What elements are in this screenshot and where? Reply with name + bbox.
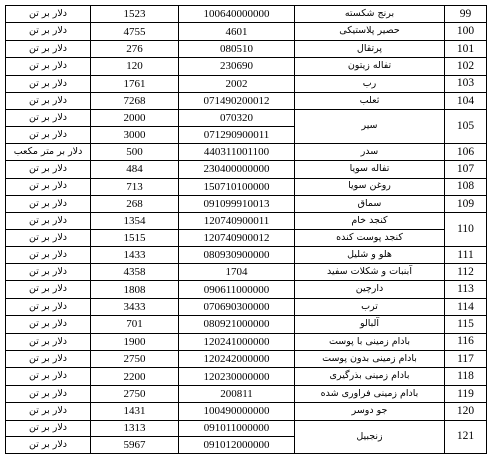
unit-cell: دلار بر تن bbox=[6, 110, 91, 127]
row-number-cell: 108 bbox=[445, 178, 487, 195]
value-cell: 2000 bbox=[91, 110, 179, 127]
row-number-cell: 118 bbox=[445, 368, 487, 385]
value-cell: 1515 bbox=[91, 229, 179, 246]
item-name-cell: جو دوسر bbox=[295, 403, 445, 420]
item-name-cell: ترب bbox=[295, 298, 445, 315]
row-number-cell: 102 bbox=[445, 58, 487, 75]
hs-code-cell: 440311001100 bbox=[179, 143, 295, 160]
table-row: 115آلبالو080921000000701دلار بر تن bbox=[6, 316, 487, 333]
page-content: 99برنج شکسته1006400000001523دلار بر تن10… bbox=[0, 0, 490, 454]
table-row: 110کنجد خام1207409000111354دلار بر تن bbox=[6, 213, 487, 230]
row-number-cell: 120 bbox=[445, 403, 487, 420]
value-cell: 500 bbox=[91, 143, 179, 160]
row-number-cell: 109 bbox=[445, 195, 487, 212]
unit-cell: دلار بر تن bbox=[6, 246, 91, 263]
unit-cell: دلار بر متر مکعب bbox=[6, 143, 91, 160]
hs-code-cell: 080921000000 bbox=[179, 316, 295, 333]
unit-cell: دلار بر تن bbox=[6, 351, 91, 368]
hs-code-cell: 091099910013 bbox=[179, 195, 295, 212]
hs-code-cell: 120241000000 bbox=[179, 333, 295, 350]
hs-code-cell: 120242000000 bbox=[179, 351, 295, 368]
item-name-cell: تفاله زیتون bbox=[295, 58, 445, 75]
hs-code-cell: 080510 bbox=[179, 40, 295, 57]
unit-cell: دلار بر تن bbox=[6, 316, 91, 333]
unit-cell: دلار بر تن bbox=[6, 333, 91, 350]
unit-cell: دلار بر تن bbox=[6, 6, 91, 23]
item-name-cell: سیر bbox=[295, 110, 445, 143]
unit-cell: دلار بر تن bbox=[6, 403, 91, 420]
table-row: 119بادام زمینی فراوری شده2008112750دلار … bbox=[6, 385, 487, 402]
value-cell: 276 bbox=[91, 40, 179, 57]
item-name-cell: روغن سویا bbox=[295, 178, 445, 195]
row-number-cell: 113 bbox=[445, 281, 487, 298]
unit-cell: دلار بر تن bbox=[6, 385, 91, 402]
row-number-cell: 110 bbox=[445, 213, 487, 246]
item-name-cell: تفاله سویا bbox=[295, 161, 445, 178]
value-cell: 1808 bbox=[91, 281, 179, 298]
unit-cell: دلار بر تن bbox=[6, 127, 91, 144]
item-name-cell: بادام زمینی فراوری شده bbox=[295, 385, 445, 402]
value-cell: 2750 bbox=[91, 351, 179, 368]
item-name-cell: آبنبات و شکلات سفید bbox=[295, 264, 445, 281]
row-number-cell: 106 bbox=[445, 143, 487, 160]
hs-code-cell: 071290900011 bbox=[179, 127, 295, 144]
unit-cell: دلار بر تن bbox=[6, 58, 91, 75]
item-name-cell: دارچین bbox=[295, 281, 445, 298]
hs-code-cell: 1704 bbox=[179, 264, 295, 281]
unit-cell: دلار بر تن bbox=[6, 40, 91, 57]
unit-cell: دلار بر تن bbox=[6, 420, 91, 437]
item-name-cell: آلبالو bbox=[295, 316, 445, 333]
table-row: 117بادام زمینی بدون پوست1202420000002750… bbox=[6, 351, 487, 368]
unit-cell: دلار بر تن bbox=[6, 195, 91, 212]
table-row: 107تفاله سویا230400000000484دلار بر تن bbox=[6, 161, 487, 178]
item-name-cell: کنجد پوست کنده bbox=[295, 229, 445, 246]
row-number-cell: 119 bbox=[445, 385, 487, 402]
table-row: 112آبنبات و شکلات سفید17044358دلار بر تن bbox=[6, 264, 487, 281]
value-cell: 3433 bbox=[91, 298, 179, 315]
value-cell: 5967 bbox=[91, 437, 179, 454]
hs-code-cell: 4601 bbox=[179, 23, 295, 40]
item-name-cell: ثعلب bbox=[295, 92, 445, 109]
row-number-cell: 105 bbox=[445, 110, 487, 143]
value-cell: 7268 bbox=[91, 92, 179, 109]
row-number-cell: 117 bbox=[445, 351, 487, 368]
table-row: 120جو دوسر1004900000001431دلار بر تن bbox=[6, 403, 487, 420]
item-name-cell: حصیر پلاستیکی bbox=[295, 23, 445, 40]
hs-code-cell: 070690300000 bbox=[179, 298, 295, 315]
table-body: 99برنج شکسته1006400000001523دلار بر تن10… bbox=[6, 6, 487, 454]
row-number-cell: 103 bbox=[445, 75, 487, 92]
value-cell: 2750 bbox=[91, 385, 179, 402]
hs-code-cell: 100490000000 bbox=[179, 403, 295, 420]
table-row: 101پرتقال080510276دلار بر تن bbox=[6, 40, 487, 57]
unit-cell: دلار بر تن bbox=[6, 298, 91, 315]
hs-code-cell: 230690 bbox=[179, 58, 295, 75]
item-name-cell: سدر bbox=[295, 143, 445, 160]
unit-cell: دلار بر تن bbox=[6, 368, 91, 385]
hs-code-cell: 071490200012 bbox=[179, 92, 295, 109]
value-cell: 484 bbox=[91, 161, 179, 178]
unit-cell: دلار بر تن bbox=[6, 229, 91, 246]
item-name-cell: رب bbox=[295, 75, 445, 92]
row-number-cell: 107 bbox=[445, 161, 487, 178]
item-name-cell: بادام زمینی بدون پوست bbox=[295, 351, 445, 368]
table-row: 102تفاله زیتون230690120دلار بر تن bbox=[6, 58, 487, 75]
row-number-cell: 114 bbox=[445, 298, 487, 315]
table-row: کنجد پوست کنده1207409000121515دلار بر تن bbox=[6, 229, 487, 246]
unit-cell: دلار بر تن bbox=[6, 264, 91, 281]
row-number-cell: 116 bbox=[445, 333, 487, 350]
value-cell: 1523 bbox=[91, 6, 179, 23]
row-number-cell: 104 bbox=[445, 92, 487, 109]
row-number-cell: 99 bbox=[445, 6, 487, 23]
unit-cell: دلار بر تن bbox=[6, 75, 91, 92]
row-number-cell: 112 bbox=[445, 264, 487, 281]
table-row: 118بادام زمینی بذرگیری1202300000002200دل… bbox=[6, 368, 487, 385]
value-cell: 713 bbox=[91, 178, 179, 195]
value-cell: 1433 bbox=[91, 246, 179, 263]
hs-code-cell: 230400000000 bbox=[179, 161, 295, 178]
hs-code-cell: 100640000000 bbox=[179, 6, 295, 23]
row-number-cell: 115 bbox=[445, 316, 487, 333]
hs-code-cell: 150710100000 bbox=[179, 178, 295, 195]
unit-cell: دلار بر تن bbox=[6, 92, 91, 109]
table-row: 121زنجبیل0910110000001313دلار بر تن bbox=[6, 420, 487, 437]
unit-cell: دلار بر تن bbox=[6, 437, 91, 454]
table-row: 116بادام زمینی با پوست1202410000001900دل… bbox=[6, 333, 487, 350]
table-row: 99برنج شکسته1006400000001523دلار بر تن bbox=[6, 6, 487, 23]
table-row: 103رب20021761دلار بر تن bbox=[6, 75, 487, 92]
item-name-cell: برنج شکسته bbox=[295, 6, 445, 23]
hs-code-cell: 120740900012 bbox=[179, 229, 295, 246]
unit-cell: دلار بر تن bbox=[6, 178, 91, 195]
row-number-cell: 100 bbox=[445, 23, 487, 40]
table-row: 100حصیر پلاستیکی46014755دلار بر تن bbox=[6, 23, 487, 40]
value-cell: 1431 bbox=[91, 403, 179, 420]
item-name-cell: بادام زمینی بذرگیری bbox=[295, 368, 445, 385]
table-row: 113دارچین0906110000001808دلار بر تن bbox=[6, 281, 487, 298]
unit-cell: دلار بر تن bbox=[6, 281, 91, 298]
value-cell: 1761 bbox=[91, 75, 179, 92]
item-name-cell: هلو و شلیل bbox=[295, 246, 445, 263]
unit-cell: دلار بر تن bbox=[6, 23, 91, 40]
item-name-cell: پرتقال bbox=[295, 40, 445, 57]
item-name-cell: کنجد خام bbox=[295, 213, 445, 230]
row-number-cell: 101 bbox=[445, 40, 487, 57]
value-cell: 1900 bbox=[91, 333, 179, 350]
item-name-cell: سماق bbox=[295, 195, 445, 212]
value-cell: 1354 bbox=[91, 213, 179, 230]
table-row: 105سیر0703202000دلار بر تن bbox=[6, 110, 487, 127]
hs-code-cell: 120740900011 bbox=[179, 213, 295, 230]
item-name-cell: زنجبیل bbox=[295, 420, 445, 453]
table-row: 114ترب0706903000003433دلار بر تن bbox=[6, 298, 487, 315]
hs-code-cell: 091012000000 bbox=[179, 437, 295, 454]
table-row: 109سماق091099910013268دلار بر تن bbox=[6, 195, 487, 212]
table-row: 106سدر440311001100500دلار بر متر مکعب bbox=[6, 143, 487, 160]
row-number-cell: 111 bbox=[445, 246, 487, 263]
table-row: 111هلو و شلیل0809309000001433دلار بر تن bbox=[6, 246, 487, 263]
value-cell: 4358 bbox=[91, 264, 179, 281]
unit-cell: دلار بر تن bbox=[6, 161, 91, 178]
hs-code-cell: 120230000000 bbox=[179, 368, 295, 385]
hs-code-cell: 2002 bbox=[179, 75, 295, 92]
commodity-price-table: 99برنج شکسته1006400000001523دلار بر تن10… bbox=[5, 5, 487, 454]
value-cell: 120 bbox=[91, 58, 179, 75]
row-number-cell: 121 bbox=[445, 420, 487, 453]
table-row: 104ثعلب0714902000127268دلار بر تن bbox=[6, 92, 487, 109]
value-cell: 1313 bbox=[91, 420, 179, 437]
value-cell: 268 bbox=[91, 195, 179, 212]
table-row: 108روغن سویا150710100000713دلار بر تن bbox=[6, 178, 487, 195]
hs-code-cell: 070320 bbox=[179, 110, 295, 127]
hs-code-cell: 200811 bbox=[179, 385, 295, 402]
hs-code-cell: 080930900000 bbox=[179, 246, 295, 263]
item-name-cell: بادام زمینی با پوست bbox=[295, 333, 445, 350]
hs-code-cell: 091011000000 bbox=[179, 420, 295, 437]
value-cell: 3000 bbox=[91, 127, 179, 144]
value-cell: 4755 bbox=[91, 23, 179, 40]
unit-cell: دلار بر تن bbox=[6, 213, 91, 230]
hs-code-cell: 090611000000 bbox=[179, 281, 295, 298]
value-cell: 2200 bbox=[91, 368, 179, 385]
value-cell: 701 bbox=[91, 316, 179, 333]
